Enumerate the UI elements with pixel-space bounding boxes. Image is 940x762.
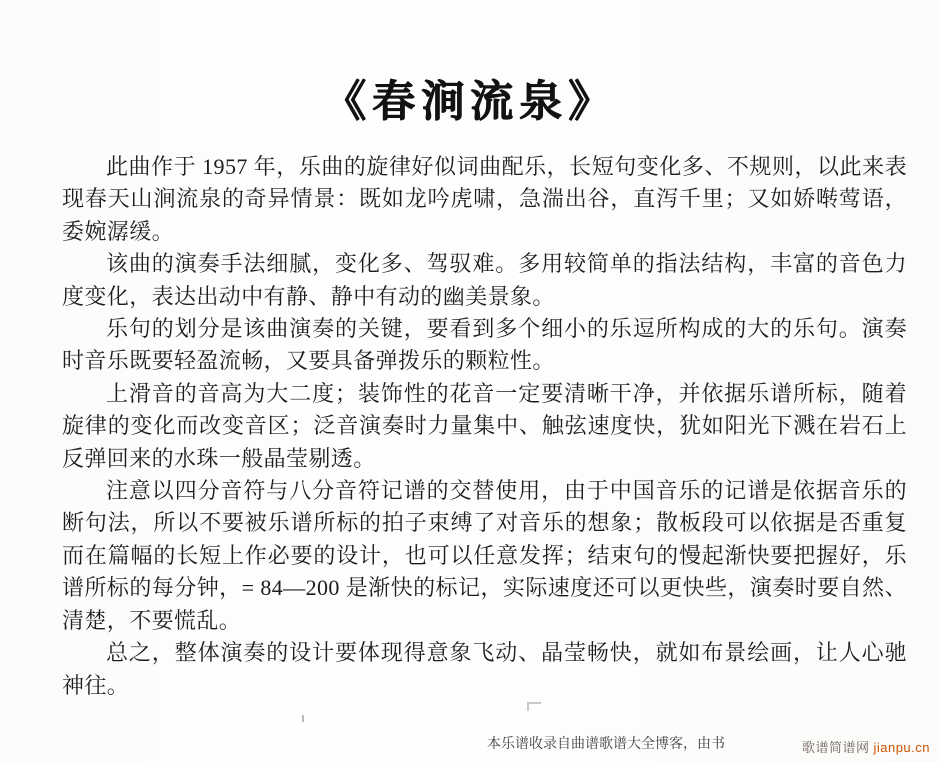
- scanned-document-page: 《春涧流泉》 此曲作于 1957 年，乐曲的旋律好似词曲配乐，长短句变化多、不规…: [0, 0, 940, 762]
- site-name-label: 歌谱简谱网: [802, 740, 870, 755]
- footer-attribution-watermark: 本乐谱收录自曲谱歌谱大全博客，由书: [487, 733, 725, 753]
- scan-artifact: [302, 715, 304, 722]
- footer-site-watermark: 歌谱简谱网jianpu.cn: [802, 737, 930, 756]
- paragraph-techniques: 上滑音的音高为大二度；装饰性的花音一定要清晰干净，并依据乐谱所标，随着旋律的变化…: [62, 378, 907, 475]
- site-url-label: jianpu.cn: [873, 740, 930, 755]
- document-body: 此曲作于 1957 年，乐曲的旋律好似词曲配乐，长短句变化多、不规则，以此来表现…: [62, 151, 907, 702]
- paragraph-performance-style: 该曲的演奏手法细腻，变化多、驾驭难。多用较简单的指法结构，丰富的音色力度变化，表…: [62, 248, 907, 313]
- paragraph-summary: 总之，整体演奏的设计要体现得意象飞动、晶莹畅快，就如布景绘画，让人心驰神往。: [62, 637, 907, 702]
- paragraph-notation-tempo: 注意以四分音符与八分音符记谱的交替使用，由于中国音乐的记谱是依据音乐的断句法，所…: [62, 475, 907, 637]
- paragraph-phrasing: 乐句的划分是该曲演奏的关键，要看到多个细小的乐逗所构成的大的乐句。演奏时音乐既要…: [62, 313, 907, 378]
- page-title: 《春涧流泉》: [0, 68, 940, 129]
- scan-artifact: [527, 702, 541, 711]
- paragraph-composition-intro: 此曲作于 1957 年，乐曲的旋律好似词曲配乐，长短句变化多、不规则，以此来表现…: [62, 151, 907, 248]
